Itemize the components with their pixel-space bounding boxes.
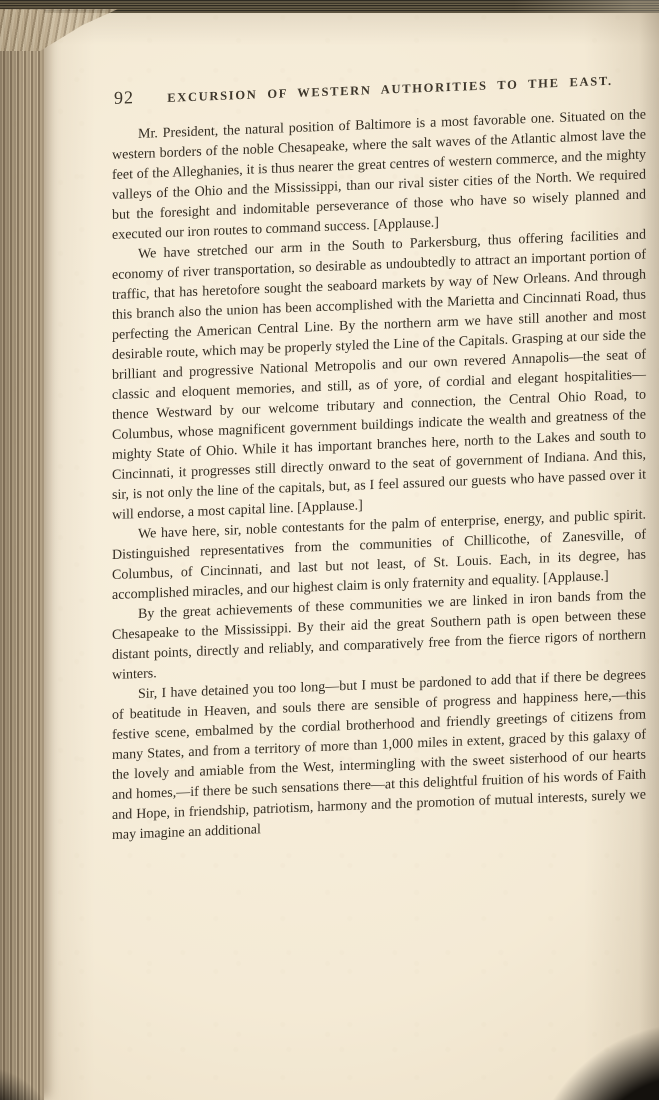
paragraph-5: Sir, I have detained you too long—but I … bbox=[112, 665, 646, 846]
book-scan: 92 EXCURSION OF WESTERN AUTHORITIES TO T… bbox=[0, 0, 659, 1100]
paragraph-1: Mr. President, the natural position of B… bbox=[112, 105, 646, 246]
paragraph-2: We have stretched our arm in the South t… bbox=[112, 225, 646, 526]
book-left-page-stack bbox=[0, 10, 44, 1100]
page-number: 92 bbox=[114, 87, 134, 109]
page-content: 92 EXCURSION OF WESTERN AUTHORITIES TO T… bbox=[112, 0, 646, 846]
running-header: EXCURSION OF WESTERN AUTHORITIES TO THE … bbox=[134, 72, 646, 107]
page-header: 92 EXCURSION OF WESTERN AUTHORITIES TO T… bbox=[112, 67, 646, 109]
page-body: Mr. President, the natural position of B… bbox=[112, 105, 646, 846]
